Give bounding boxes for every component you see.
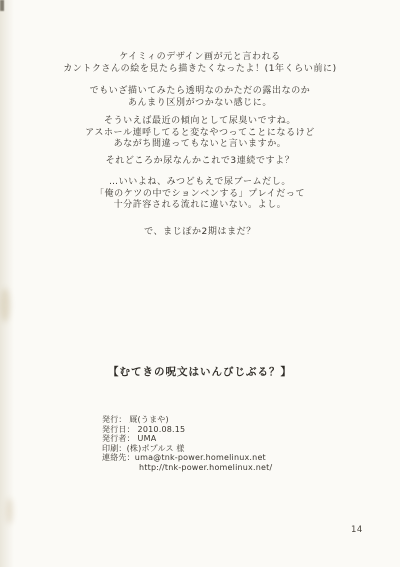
colophon-author: 発行者： UMA xyxy=(102,434,272,444)
afterword-paragraph-5: …いいよね、みつどもえで尿ブームだし。 「俺のケツの中でションベンする」プレイだ… xyxy=(0,177,400,212)
colophon-website-url: http://tnk-power.homelinux.net/ xyxy=(102,463,272,473)
colophon-printer: 印刷：(株)ポプルス 様 xyxy=(102,444,272,454)
afterword-paragraph-2: でもいざ描いてみたら透明なのかただの露出なのか あんまり区別がつかない感じに。 xyxy=(0,86,400,109)
scan-smudge xyxy=(0,288,10,322)
afterword-closing-line: で、まじぽか2期はまだ？ xyxy=(0,227,400,239)
afterword-line: あながち間違ってもないと言いますか。 xyxy=(0,139,400,151)
afterword-line: アスホール連呼してると変なやつってことになるけど xyxy=(0,128,400,140)
afterword-paragraph-4: それどころか尿なんかこれで3連続ですよ？ xyxy=(0,156,400,168)
page-number: 14 xyxy=(351,525,363,535)
book-title: 【むてきの呪文はいんびじぶる？】 xyxy=(0,364,400,379)
afterword-line: あんまり区別がつかない感じに。 xyxy=(0,98,400,110)
afterword-line: 十分許容される流れに違いない。よし。 xyxy=(0,200,400,212)
afterword-line: ケイミィのデザイン画が元と言われる xyxy=(0,52,400,64)
afterword-line: 「俺のケツの中でションベンする」プレイだって xyxy=(0,189,400,201)
scan-smudge xyxy=(6,498,13,524)
colophon-publisher: 発行： 厩(うまや) xyxy=(102,415,272,425)
afterword-paragraph-3: そういえば最近の傾向として尿臭いですね。 アスホール連呼してると変なやつってこと… xyxy=(0,116,400,151)
afterword-line: そういえば最近の傾向として尿臭いですね。 xyxy=(0,116,400,128)
colophon-contact-email: 連絡先：uma@tnk-power.homelinux.net xyxy=(102,453,272,463)
afterword-line: それどころか尿なんかこれで3連続ですよ？ xyxy=(0,156,400,168)
afterword-line: でもいざ描いてみたら透明なのかただの露出なのか xyxy=(0,86,400,98)
colophon-date: 発行日： 2010.08.15 xyxy=(102,425,272,435)
scanned-doujin-page: ケイミィのデザイン画が元と言われる カントクさんの絵を見たら描きたくなったよ！(… xyxy=(0,0,400,567)
scan-corner-artifact xyxy=(0,0,4,11)
colophon-block: 発行： 厩(うまや) 発行日： 2010.08.15 発行者： UMA 印刷：(… xyxy=(102,415,272,473)
afterword-line: カントクさんの絵を見たら描きたくなったよ！(1年くらい前に) xyxy=(0,64,400,76)
afterword-line: …いいよね、みつどもえで尿ブームだし。 xyxy=(0,177,400,189)
afterword-paragraph-1: ケイミィのデザイン画が元と言われる カントクさんの絵を見たら描きたくなったよ！(… xyxy=(0,52,400,75)
